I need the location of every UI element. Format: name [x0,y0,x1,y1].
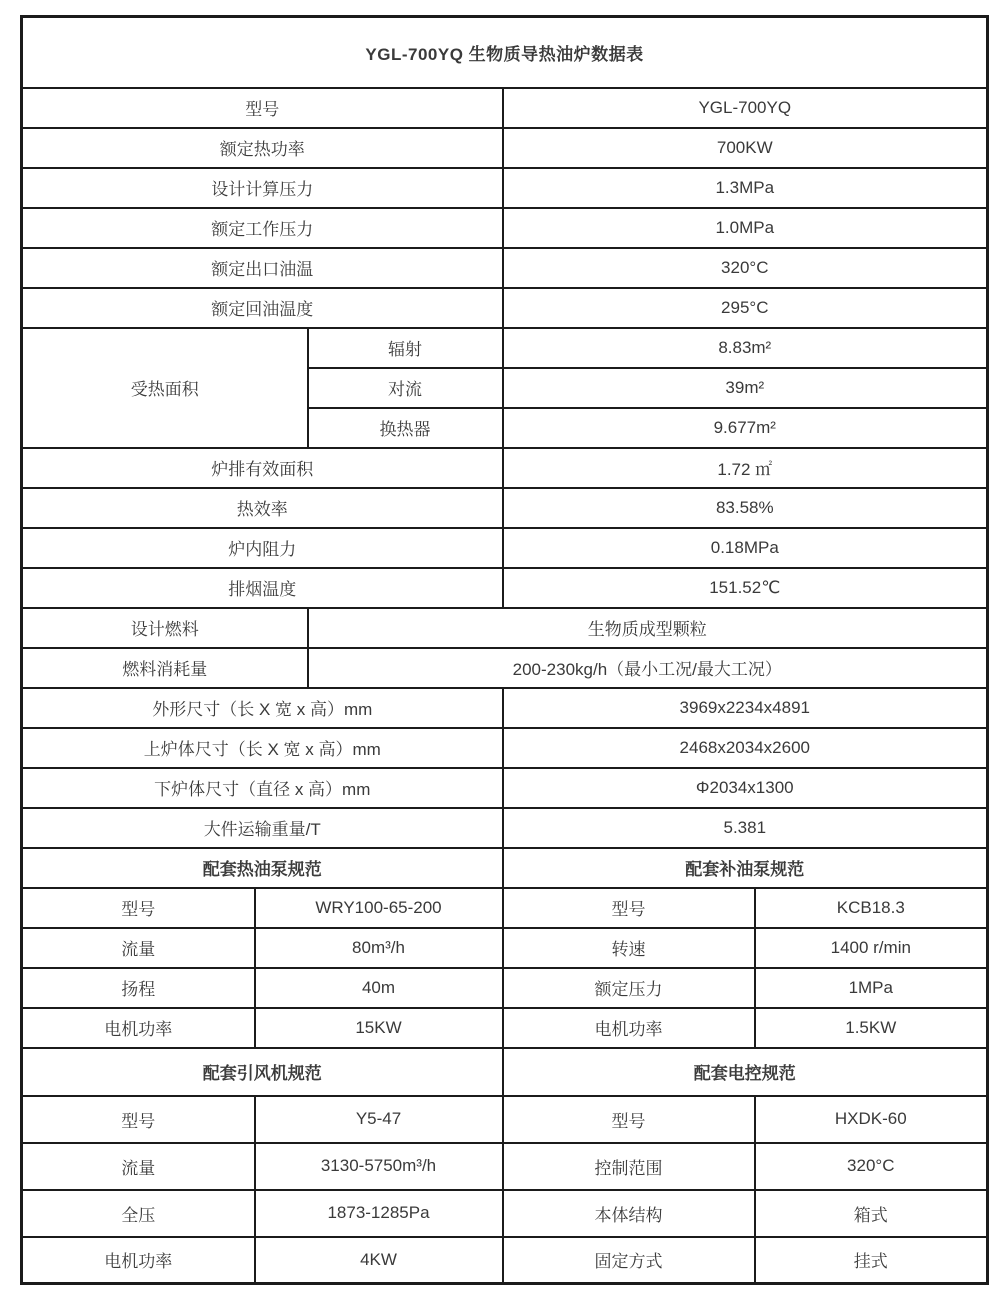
table-row: 流量 80m³/h 转速 1400 r/min [22,928,988,968]
heating-area-sublabel: 辐射 [308,328,503,368]
table-row: 大件运输重量/T 5.381 [22,808,988,848]
title-row: YGL-700YQ 生物质导热油炉数据表 [22,17,988,88]
pump-right-value: 1.5KW [755,1008,988,1048]
table-row: 型号 YGL-700YQ [22,88,988,128]
spec-value: 2468x2034x2600 [503,728,988,768]
pump-left-value: 15KW [255,1008,503,1048]
heating-area-group-label: 受热面积 [22,328,308,448]
table-row: 全压 1873-1285Pa 本体结构 箱式 [22,1190,988,1237]
table-row: 扬程 40m 额定压力 1MPa [22,968,988,1008]
spec-value: 320°C [503,248,988,288]
pump-right-value: KCB18.3 [755,888,988,928]
table-row: 受热面积 辐射 8.83m² [22,328,988,368]
pump-left-value: WRY100-65-200 [255,888,503,928]
table-row: 设计燃料 生物质成型颗粒 [22,608,988,648]
fan-left-label: 全压 [22,1190,255,1237]
spec-label: 额定工作压力 [22,208,503,248]
table-row: 额定回油温度 295°C [22,288,988,328]
spec-label: 热效率 [22,488,503,528]
pump-left-label: 流量 [22,928,255,968]
table-row: 炉内阻力 0.18MPa [22,528,988,568]
table-row: 额定热功率 700KW [22,128,988,168]
spec-value: 1.3MPa [503,168,988,208]
table-row: 型号 Y5-47 型号 HXDK-60 [22,1096,988,1143]
section-header-induced-fan: 配套引风机规范 [22,1048,503,1096]
spec-label: 炉排有效面积 [22,448,503,488]
spec-value: 0.18MPa [503,528,988,568]
spec-value: 3969x2234x4891 [503,688,988,728]
spec-value: 5.381 [503,808,988,848]
table-row: 燃料消耗量 200-230kg/h（最小工况/最大工况） [22,648,988,688]
pump-left-label: 扬程 [22,968,255,1008]
pump-right-label: 电机功率 [503,1008,755,1048]
pump-left-value: 40m [255,968,503,1008]
spec-value: Φ2034x1300 [503,768,988,808]
table-row: 上炉体尺寸（长 X 宽 x 高）mm 2468x2034x2600 [22,728,988,768]
spec-label: 额定出口油温 [22,248,503,288]
heating-area-value: 8.83m² [503,328,988,368]
table-row: 流量 3130-5750m³/h 控制范围 320°C [22,1143,988,1190]
pump-right-label: 转速 [503,928,755,968]
spec-value: YGL-700YQ [503,88,988,128]
fan-right-value: HXDK-60 [755,1096,988,1143]
fan-left-value: 1873-1285Pa [255,1190,503,1237]
spec-value: 295°C [503,288,988,328]
spec-value: 1.72 ㎡ [503,448,988,488]
table-row: 下炉体尺寸（直径 x 高）mm Φ2034x1300 [22,768,988,808]
spec-value: 1.0MPa [503,208,988,248]
heating-area-sublabel: 换热器 [308,408,503,448]
spec-label: 大件运输重量/T [22,808,503,848]
fan-left-label: 电机功率 [22,1237,255,1284]
spec-label: 上炉体尺寸（长 X 宽 x 高）mm [22,728,503,768]
spec-label: 设计计算压力 [22,168,503,208]
fan-left-value: Y5-47 [255,1096,503,1143]
section-header-row: 配套引风机规范 配套电控规范 [22,1048,988,1096]
fan-right-value: 320°C [755,1143,988,1190]
spec-value: 700KW [503,128,988,168]
table-row: 热效率 83.58% [22,488,988,528]
fuel-value: 生物质成型颗粒 [308,608,988,648]
spec-value: 83.58% [503,488,988,528]
table-row: 设计计算压力 1.3MPa [22,168,988,208]
spec-label: 额定回油温度 [22,288,503,328]
fan-left-label: 型号 [22,1096,255,1143]
pump-left-value: 80m³/h [255,928,503,968]
fan-right-value: 挂式 [755,1237,988,1284]
fuel-label: 燃料消耗量 [22,648,308,688]
table-row: 电机功率 4KW 固定方式 挂式 [22,1237,988,1284]
fan-left-value: 4KW [255,1237,503,1284]
fuel-value: 200-230kg/h（最小工况/最大工况） [308,648,988,688]
fuel-label: 设计燃料 [22,608,308,648]
spec-label: 外形尺寸（长 X 宽 x 高）mm [22,688,503,728]
pump-left-label: 型号 [22,888,255,928]
spec-value: 151.52℃ [503,568,988,608]
table-row: 炉排有效面积 1.72 ㎡ [22,448,988,488]
fan-left-value: 3130-5750m³/h [255,1143,503,1190]
fan-right-label: 本体结构 [503,1190,755,1237]
spec-table: YGL-700YQ 生物质导热油炉数据表 型号 YGL-700YQ 额定热功率 … [20,15,989,1285]
table-row: 额定工作压力 1.0MPa [22,208,988,248]
pump-right-value: 1MPa [755,968,988,1008]
table-row: 排烟温度 151.52℃ [22,568,988,608]
spec-label: 额定热功率 [22,128,503,168]
fan-right-label: 型号 [503,1096,755,1143]
table-row: 外形尺寸（长 X 宽 x 高）mm 3969x2234x4891 [22,688,988,728]
datasheet-page: YGL-700YQ 生物质导热油炉数据表 型号 YGL-700YQ 额定热功率 … [0,0,1000,1297]
fan-right-value: 箱式 [755,1190,988,1237]
pump-right-value: 1400 r/min [755,928,988,968]
pump-left-label: 电机功率 [22,1008,255,1048]
fan-right-label: 控制范围 [503,1143,755,1190]
heating-area-value: 9.677m² [503,408,988,448]
spec-label: 下炉体尺寸（直径 x 高）mm [22,768,503,808]
heating-area-value: 39m² [503,368,988,408]
fan-right-label: 固定方式 [503,1237,755,1284]
section-header-makeup-pump: 配套补油泵规范 [503,848,988,888]
page-title: YGL-700YQ 生物质导热油炉数据表 [22,17,988,88]
section-header-row: 配套热油泵规范 配套补油泵规范 [22,848,988,888]
spec-label: 炉内阻力 [22,528,503,568]
table-row: 额定出口油温 320°C [22,248,988,288]
section-header-hot-oil-pump: 配套热油泵规范 [22,848,503,888]
fan-left-label: 流量 [22,1143,255,1190]
spec-label: 排烟温度 [22,568,503,608]
table-row: 型号 WRY100-65-200 型号 KCB18.3 [22,888,988,928]
pump-right-label: 额定压力 [503,968,755,1008]
section-header-electric-control: 配套电控规范 [503,1048,988,1096]
spec-label: 型号 [22,88,503,128]
table-row: 电机功率 15KW 电机功率 1.5KW [22,1008,988,1048]
pump-right-label: 型号 [503,888,755,928]
heating-area-sublabel: 对流 [308,368,503,408]
